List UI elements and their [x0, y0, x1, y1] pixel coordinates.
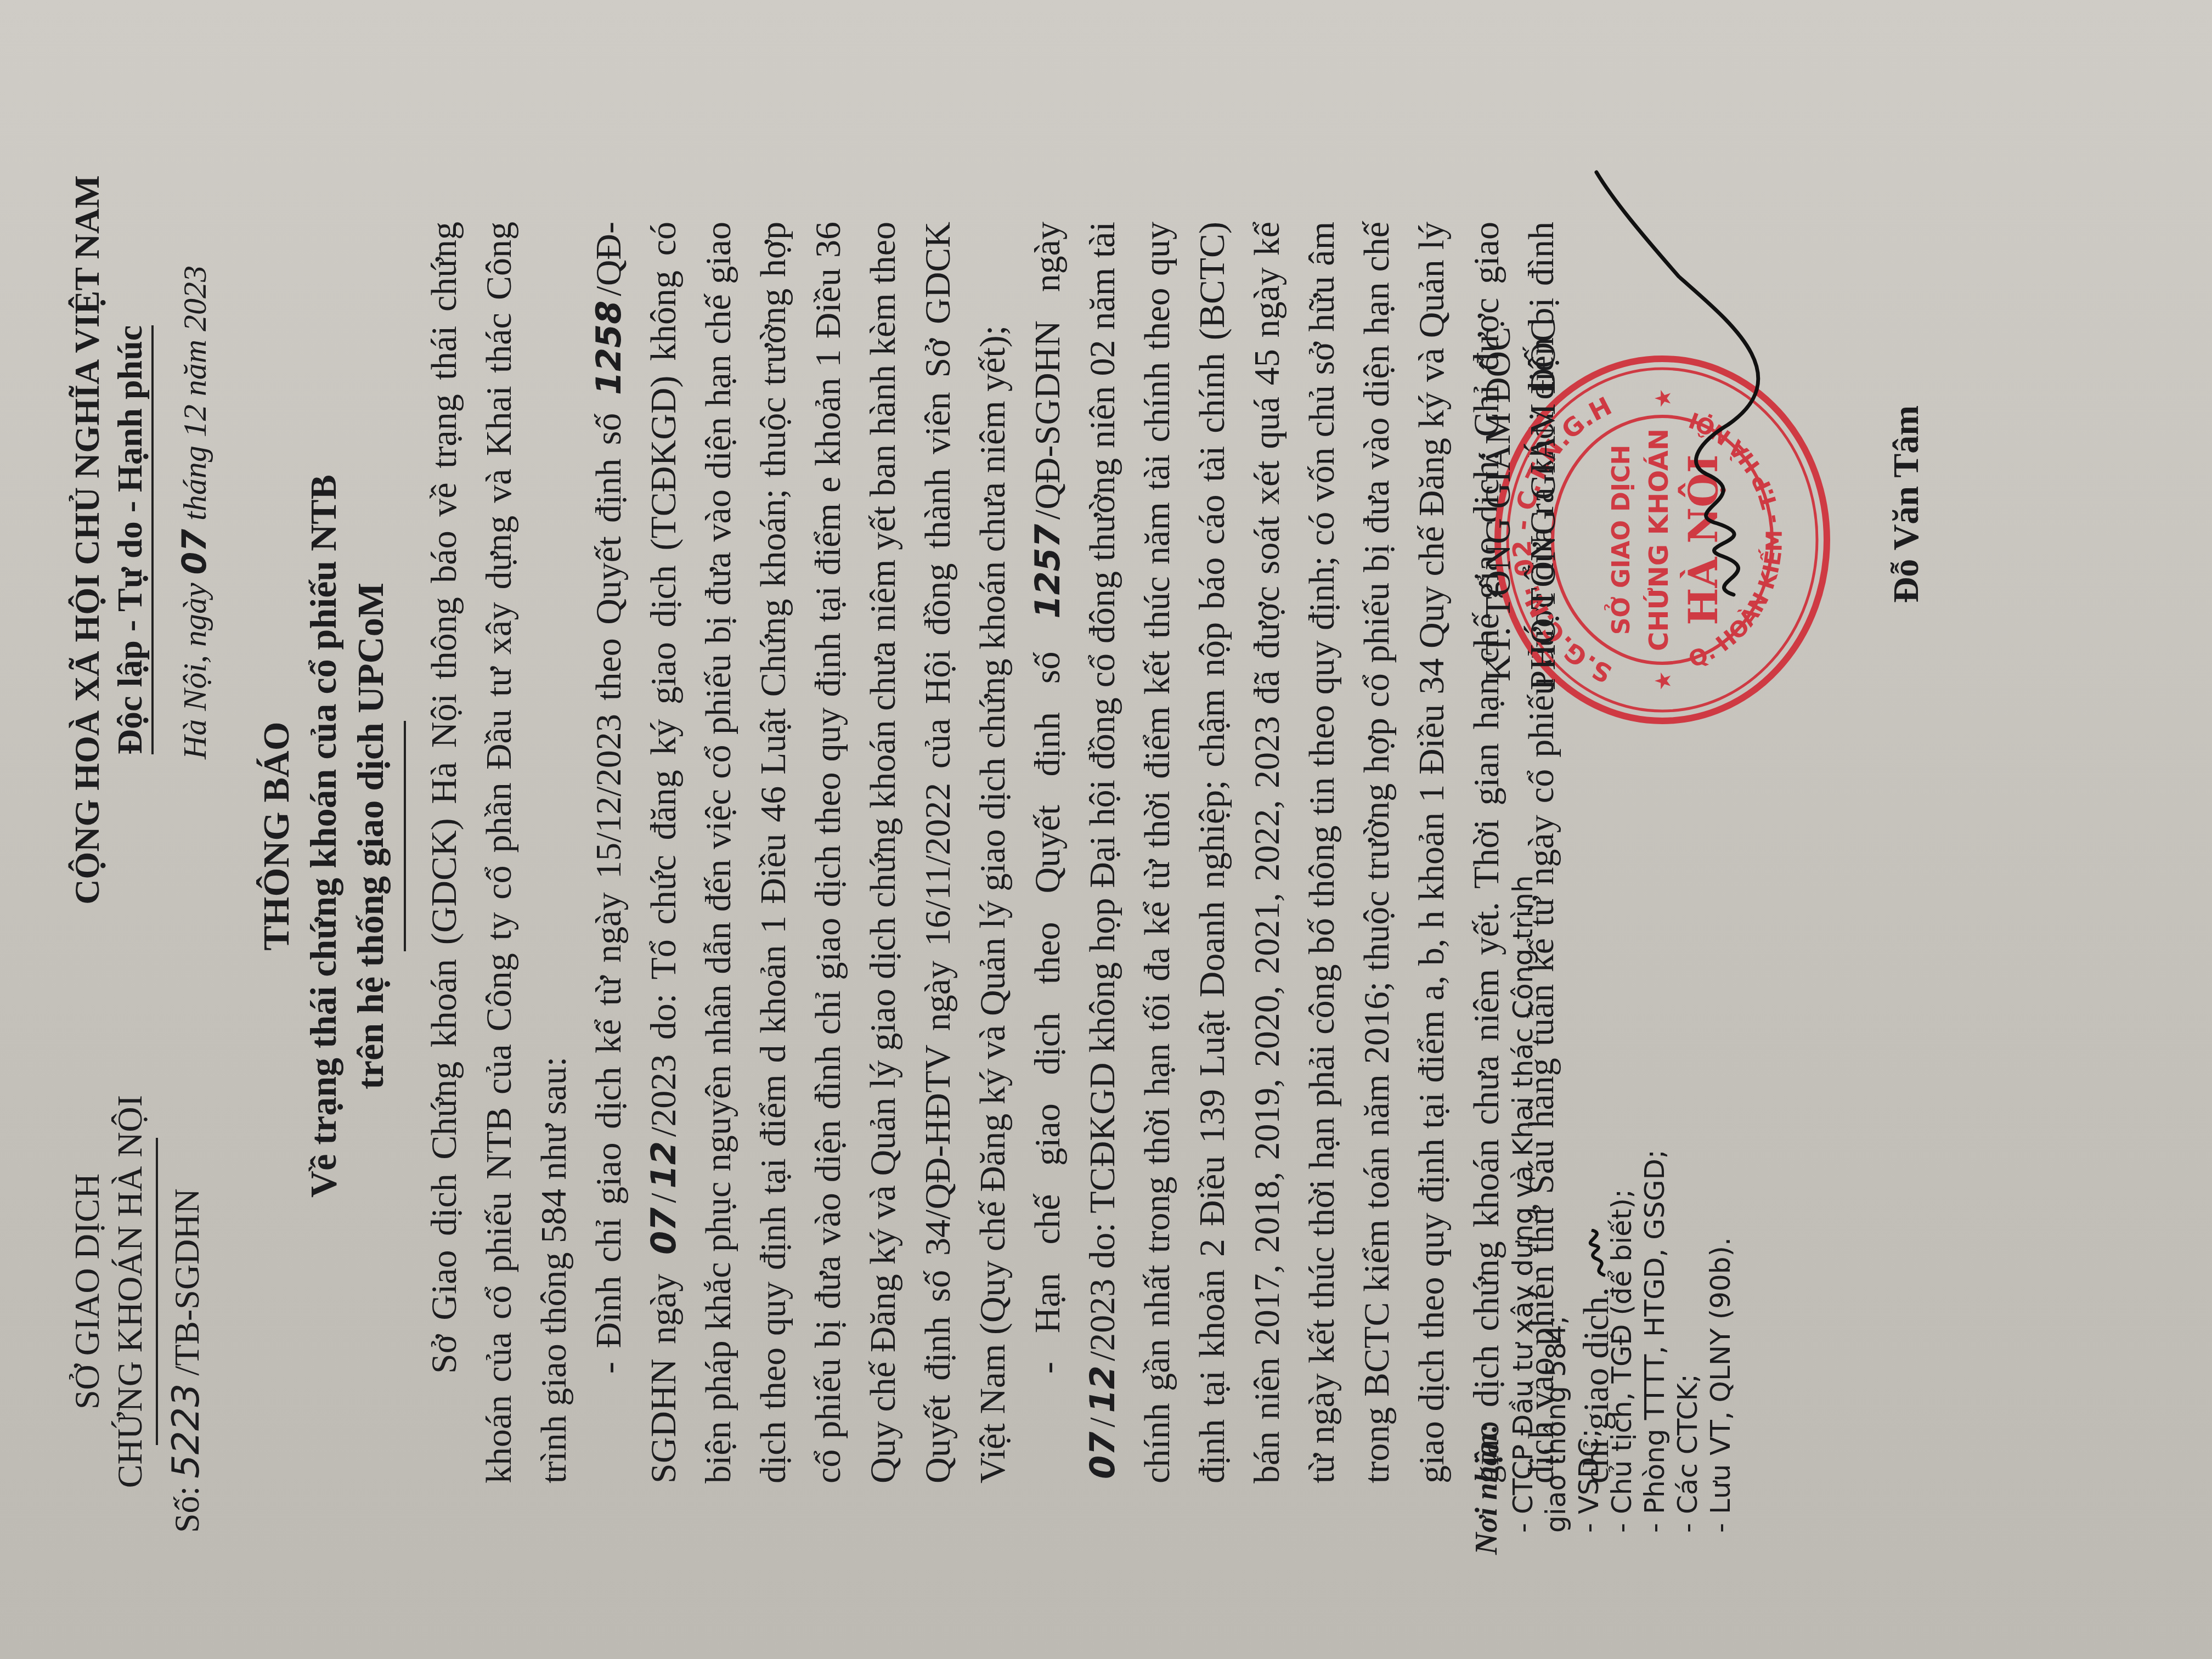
- org-line-1: SỞ GIAO DỊCH: [66, 1017, 109, 1566]
- recipients-heading: Nơi nhận:: [1470, 842, 1503, 1555]
- recipients-list: Nơi nhận: - CTCP Đầu tư xây dựng và Khai…: [1470, 842, 1737, 1555]
- handwritten-month: 12: [644, 1137, 684, 1193]
- national-header: CỘNG HOÀ XÃ HỘI CHỦ NGHĨA VIỆT NAM Độc l…: [66, 74, 151, 1006]
- notice-subtitle-2: trên hệ thống giao dịch UPCoM: [347, 150, 394, 1522]
- recipient-item: - Phòng TTTT, HTGD, GSGD;: [1638, 842, 1671, 1555]
- handwritten-doc-number: 5223: [165, 1384, 208, 1479]
- notice-body: Sở Giao dịch Chứng khoán (GDCK) Hà Nội t…: [417, 222, 1624, 1483]
- recipient-item: - CTCP Đầu tư xây dựng và Khai thác Công…: [1506, 842, 1572, 1555]
- handwritten-signature-icon: [1591, 167, 1821, 606]
- org-underline: [156, 1138, 158, 1445]
- signer-name: Đỗ Văn Tâm: [1884, 106, 1929, 902]
- document-number: Số:5223/TB-SGDHN: [165, 1188, 208, 1533]
- issuing-organization: SỞ GIAO DỊCH CHỨNG KHOÁN HÀ NỘI: [66, 1017, 158, 1566]
- national-motto: Độc lập - Tự do - Hạnh phúc: [109, 74, 151, 1006]
- suspension-paragraph: - Đình chỉ giao dịch kể từ ngày 15/12/20…: [582, 222, 1020, 1483]
- document-page: SỞ GIAO DỊCH CHỨNG KHOÁN HÀ NỘI Số:5223/…: [0, 0, 2212, 1659]
- handwritten-month: 12: [1082, 1361, 1122, 1417]
- handwritten-day: 07: [1082, 1427, 1122, 1483]
- recipient-item: - Lưu VT, QLNY (90b).: [1704, 842, 1737, 1555]
- signer-title-2: PHÓ TỔNG GIÁM ĐỐC: [1521, 106, 1566, 902]
- nation-title: CỘNG HOÀ XÃ HỘI CHỦ NGHĨA VIỆT NAM: [66, 74, 109, 1006]
- notice-subtitle-1: Về trạng thái chứng khoán của cổ phiếu N…: [300, 150, 347, 1522]
- signer-title-1: KT. TỔNG GIÁM ĐỐC: [1476, 106, 1521, 902]
- org-line-2: CHỨNG KHOÁN HÀ NỘI: [109, 1017, 151, 1566]
- notice-title: THÔNG BÁO Về trạng thái chứng khoán của …: [252, 150, 406, 1522]
- handwritten-day: 07: [176, 529, 214, 575]
- recipient-item: - Các CTCK;: [1671, 842, 1704, 1555]
- title-rule: [404, 721, 406, 951]
- date-line: Hà Nội, ngày 07 tháng 12 năm 2023: [176, 101, 214, 924]
- handwritten-decision-no: 1258: [589, 296, 629, 400]
- recipient-item: - VSDC;: [1572, 842, 1605, 1555]
- intro-paragraph: Sở Giao dịch Chứng khoán (GDCK) Hà Nội t…: [417, 222, 582, 1483]
- handwritten-day: 07: [644, 1203, 684, 1259]
- recipient-item: - Chủ tịch, TGĐ (để biết);: [1605, 842, 1638, 1555]
- notice-heading: THÔNG BÁO: [252, 150, 300, 1522]
- handwritten-decision-no: 1257: [1028, 520, 1068, 623]
